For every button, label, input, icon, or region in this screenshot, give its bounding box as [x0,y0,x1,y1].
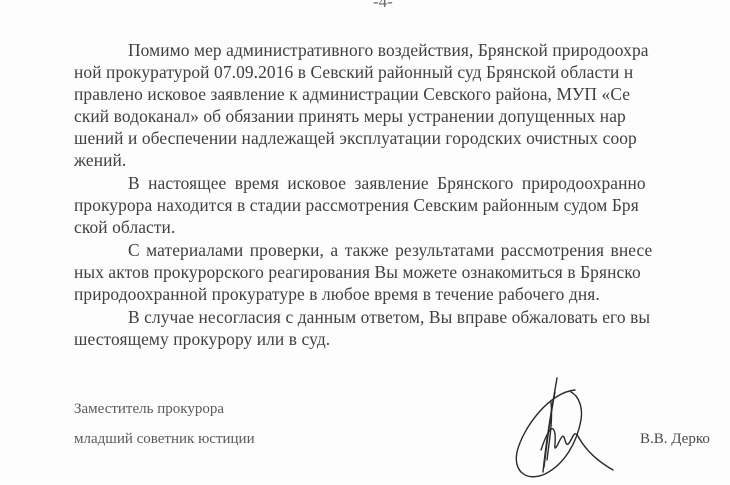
paragraph-2-line-3: ской области. [74,217,175,238]
handwritten-signature-icon [495,372,615,485]
paragraph-1-line-4: ский водоканал» об обязании принять меры… [74,106,626,127]
paragraph-3-line-1: С материалами проверки, а также результа… [128,240,652,261]
paragraph-1-line-2: ной прокуратурой 07.09.2016 в Севский ра… [74,62,633,83]
document-page: -4- Помимо мер административного воздейс… [0,0,730,485]
paragraph-4-line-2: шестоящему прокурору или в суд. [74,329,330,350]
paragraph-1-line-6: жений. [74,150,126,171]
paragraph-1-line-1: Помимо мер административного воздействия… [128,40,649,61]
paragraph-1-line-3: правлено исковое заявление к администрац… [74,84,630,105]
paragraph-1-line-5: шений и обеспечении надлежащей эксплуата… [74,128,637,149]
signer-position-line-1: Заместитель прокурора [74,401,224,418]
page-number: -4- [373,0,393,12]
paragraph-3-line-2: ных актов прокурорского реагирования Вы … [74,262,641,283]
signer-position-line-2: младший советник юстиции [74,431,255,448]
paragraph-3-line-3: природоохранной прокуратуре в любое врем… [74,284,600,305]
signer-name: В.В. Дерко [640,431,710,448]
paragraph-4-line-1: В случае несогласия с данным ответом, Вы… [128,307,650,328]
paragraph-2-line-2: прокурора находится в стадии рассмотрени… [74,195,639,216]
paragraph-2-line-1: В настоящее время исковое заявление Брян… [128,173,646,194]
